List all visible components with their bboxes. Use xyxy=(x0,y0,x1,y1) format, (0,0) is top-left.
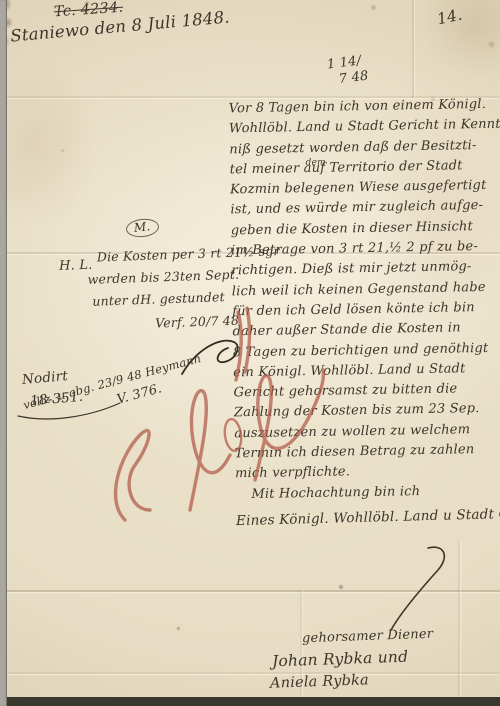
scan-edge-bottom xyxy=(7,697,500,706)
inserted-word: dem xyxy=(305,153,326,174)
fold-crease-vertical xyxy=(412,0,414,98)
paper-stain xyxy=(60,148,65,153)
paper-stain xyxy=(0,60,100,230)
presentation-note: 1 14/ 7 48 xyxy=(326,53,369,90)
fold-crease-horizontal xyxy=(0,672,500,674)
scan-edge-left xyxy=(0,0,7,706)
fold-crease-vertical xyxy=(458,540,460,706)
paper-stain xyxy=(370,4,377,11)
margin-mark-m: M. xyxy=(125,217,159,238)
signature-name-1: Johan Rybka und xyxy=(272,648,409,671)
paper-stain xyxy=(487,40,496,49)
signature-name-2: Aniela Rybka xyxy=(270,672,369,691)
scanned-letter-page: Tc. 4234. Staniewo den 8 Juli 1848. 14. … xyxy=(0,0,500,706)
signature-valediction: gehorsamer Diener xyxy=(302,627,434,647)
decree-label: H. L. xyxy=(59,255,93,278)
red-pencil-scrawl xyxy=(95,300,345,545)
paper-stain xyxy=(176,626,181,631)
margin-mark-m-circle: M. xyxy=(125,217,159,238)
closing-paraph-flourish xyxy=(386,542,454,634)
